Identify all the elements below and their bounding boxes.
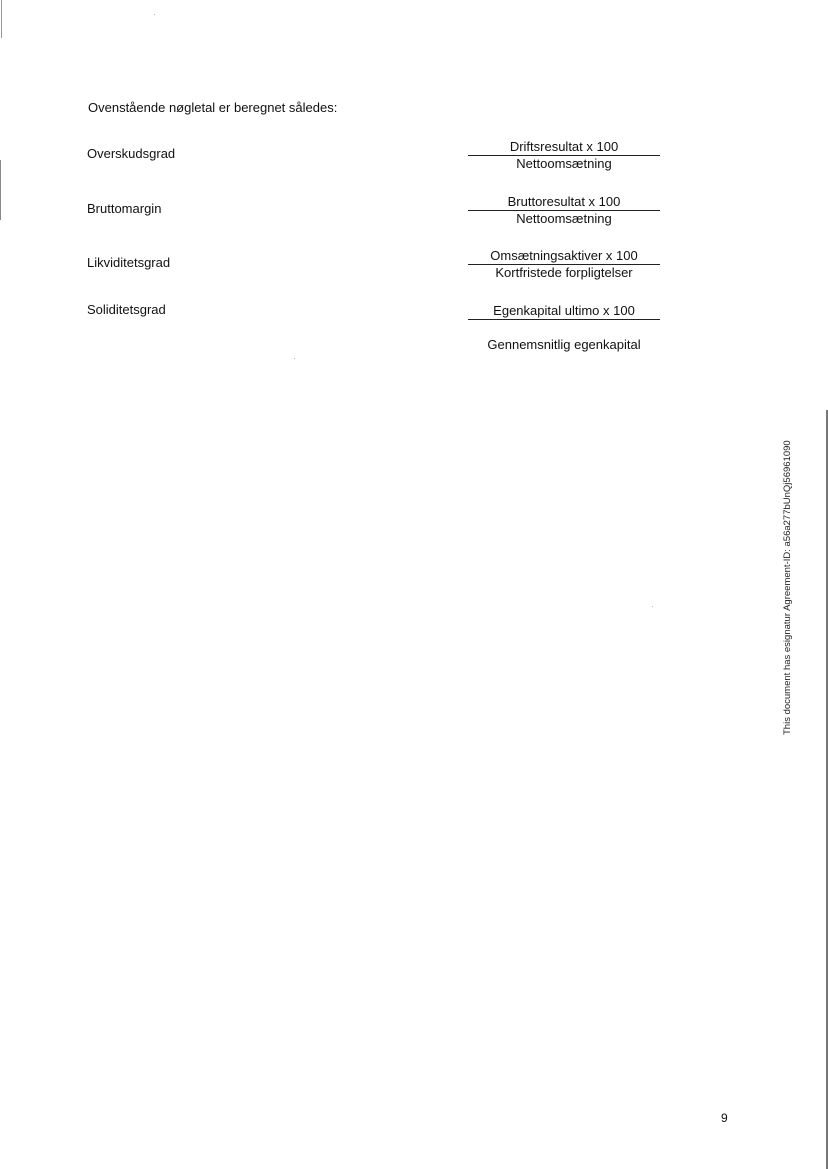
ratio-label-soliditetsgrad: Soliditetsgrad: [87, 302, 166, 317]
denominator: Nettoomsætning: [468, 156, 660, 172]
denominator: Kortfristede forpligtelser: [468, 265, 660, 281]
scan-edge: [1, 0, 2, 38]
numerator: Bruttoresultat x 100: [468, 194, 660, 211]
ratio-label-likviditetsgrad: Likviditetsgrad: [87, 255, 170, 270]
denominator: Gennemsnitlig egenkapital: [468, 337, 660, 353]
document-page: Ovenstående nøgletal er beregnet således…: [0, 0, 828, 1169]
ratio-label-overskudsgrad: Overskudsgrad: [87, 146, 175, 161]
numerator: Egenkapital ultimo x 100: [468, 303, 660, 320]
ratio-formula-soliditetsgrad: Egenkapital ultimo x 100 Gennemsnitlig e…: [468, 303, 660, 353]
ratio-label-bruttomargin: Bruttomargin: [87, 201, 161, 216]
ratio-formula-bruttomargin: Bruttoresultat x 100 Nettoomsætning: [468, 194, 660, 227]
page-number: 9: [721, 1111, 728, 1125]
scan-speck: [294, 358, 295, 359]
numerator: Driftsresultat x 100: [468, 139, 660, 156]
numerator: Omsætningsaktiver x 100: [468, 248, 660, 265]
ratio-formula-likviditetsgrad: Omsætningsaktiver x 100 Kortfristede for…: [468, 248, 660, 281]
esignature-note: This document has esignatur Agreement-ID…: [782, 440, 793, 735]
denominator: Nettoomsætning: [468, 211, 660, 227]
intro-text: Ovenstående nøgletal er beregnet således…: [88, 100, 337, 115]
ratio-formula-overskudsgrad: Driftsresultat x 100 Nettoomsætning: [468, 139, 660, 172]
scan-edge: [0, 160, 1, 220]
scan-speck: [652, 606, 653, 607]
scan-edge: [826, 410, 828, 1169]
scan-speck: [154, 14, 155, 15]
